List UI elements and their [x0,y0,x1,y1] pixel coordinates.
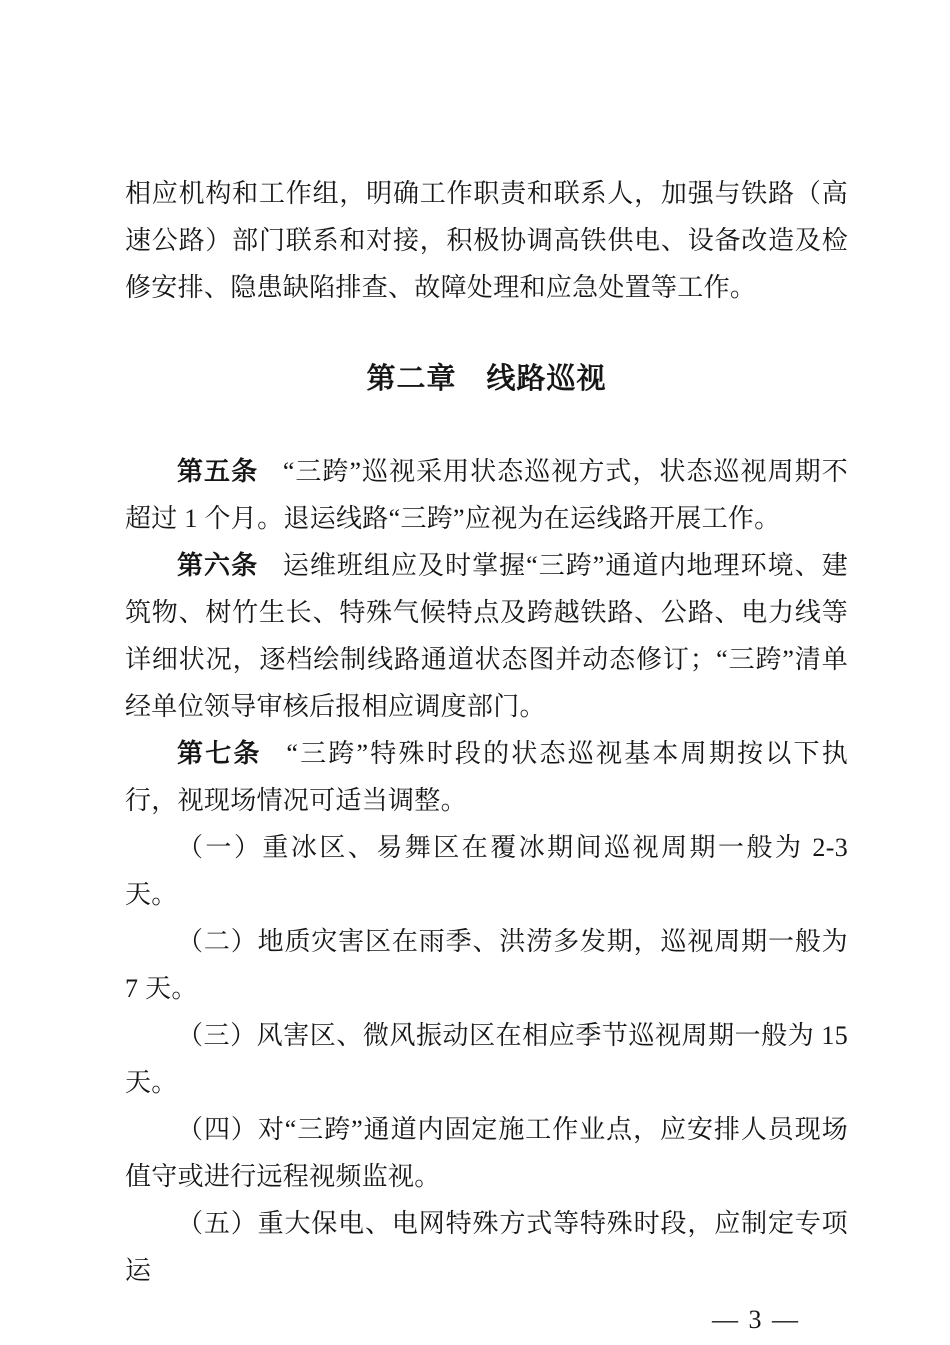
article-6-paragraph: 第六条运维班组应及时掌握“三跨”通道内地理环境、建筑物、树竹生长、特殊气候特点及… [125,542,848,730]
article-7-paragraph: 第七条“三跨”特殊时段的状态巡视基本周期按以下执行，视现场情况可适当调整。 [125,730,848,824]
clause-item-2: （二）地质灾害区在雨季、洪涝多发期，巡视周期一般为 7 天。 [125,918,848,1012]
clause-item-5: （五）重大保电、电网特殊方式等特殊时段，应制定专项运 [125,1200,848,1294]
article-6-label: 第六条 [177,551,258,580]
intro-paragraph: 相应机构和工作组，明确工作职责和联系人，加强与铁路（高速公路）部门联系和对接，积… [125,170,848,311]
chapter-heading: 第二章 线路巡视 [125,356,848,403]
page-number: — 3 — [125,1300,848,1340]
document-page: 相应机构和工作组，明确工作职责和联系人，加强与铁路（高速公路）部门联系和对接，积… [0,0,950,1345]
article-5-label: 第五条 [177,457,258,486]
article-5-paragraph: 第五条“三跨”巡视采用状态巡视方式，状态巡视周期不超过 1 个月。退运线路“三跨… [125,448,848,542]
clause-item-1: （一）重冰区、易舞区在覆冰期间巡视周期一般为 2-3 天。 [125,824,848,918]
clause-item-3: （三）风害区、微风振动区在相应季节巡视周期一般为 15 天。 [125,1012,848,1106]
clause-item-4: （四）对“三跨”通道内固定施工作业点，应安排人员现场值守或进行远程视频监视。 [125,1106,848,1200]
article-7-label: 第七条 [177,739,262,768]
